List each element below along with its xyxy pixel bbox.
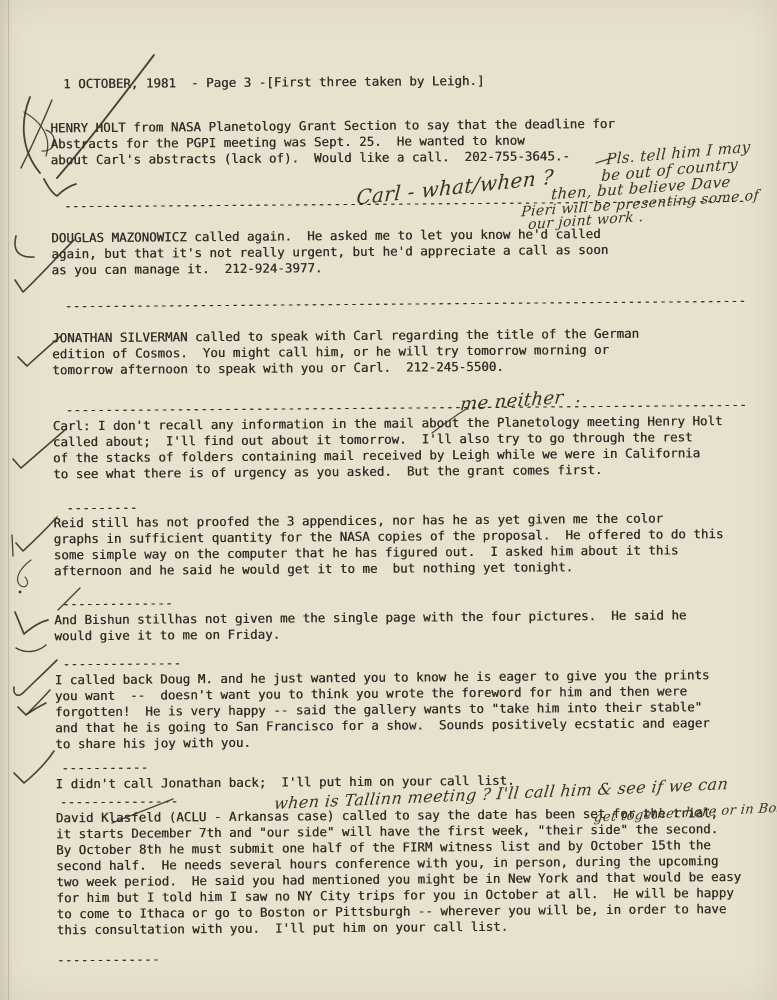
x-scribble-stroke1-icon	[24, 97, 40, 173]
loop-scribble-reid-icon	[18, 560, 31, 587]
message-douglas-mazonowicz: DOUGLAS MAZONOWICZ called again. He aske…	[51, 225, 751, 278]
separator-short-6: -------------	[57, 947, 757, 968]
message-reid-appendices: Reid still has not proofed the 3 appendi…	[53, 510, 753, 579]
date-header: 1 OCTOBER, 1981 - Page 3 -[First three t…	[50, 71, 763, 93]
underline-bishun-icon	[16, 645, 46, 652]
x-scribble-stroke2-icon	[21, 100, 52, 168]
checkmark-bishun-icon	[15, 612, 48, 634]
message-doug-called-back: I called back Doug M. and he just wanted…	[55, 667, 756, 752]
message-david-klasfeld: David Klasfeld (ACLU - Arkansas case) ca…	[56, 805, 757, 938]
x-scribble-stroke3-icon	[24, 112, 48, 156]
tick-reid-icon	[12, 535, 13, 556]
separator-full-2: ----------------------------------------…	[52, 293, 765, 315]
checkmark-doug-icon	[18, 703, 46, 715]
checkmark-reid-icon	[16, 517, 57, 551]
slash-doug-1-icon	[14, 660, 57, 695]
memo-page: 1 OCTOBER, 1981 - Page 3 -[First three t…	[0, 0, 777, 1000]
message-bishun-pictures: And Bishun stillhas not given me the sin…	[54, 607, 754, 644]
checkmark-jonathan-not-called-icon	[14, 751, 54, 783]
hook-douglas-icon	[15, 236, 34, 257]
dot-reid-icon	[19, 591, 22, 594]
slash-doug-2-icon	[27, 690, 50, 714]
message-carl-planetology: Carl: I don't recall any information in …	[53, 413, 753, 482]
message-jonathan-silverman: JONATHAN SILVERMAN called to speak with …	[52, 325, 752, 378]
